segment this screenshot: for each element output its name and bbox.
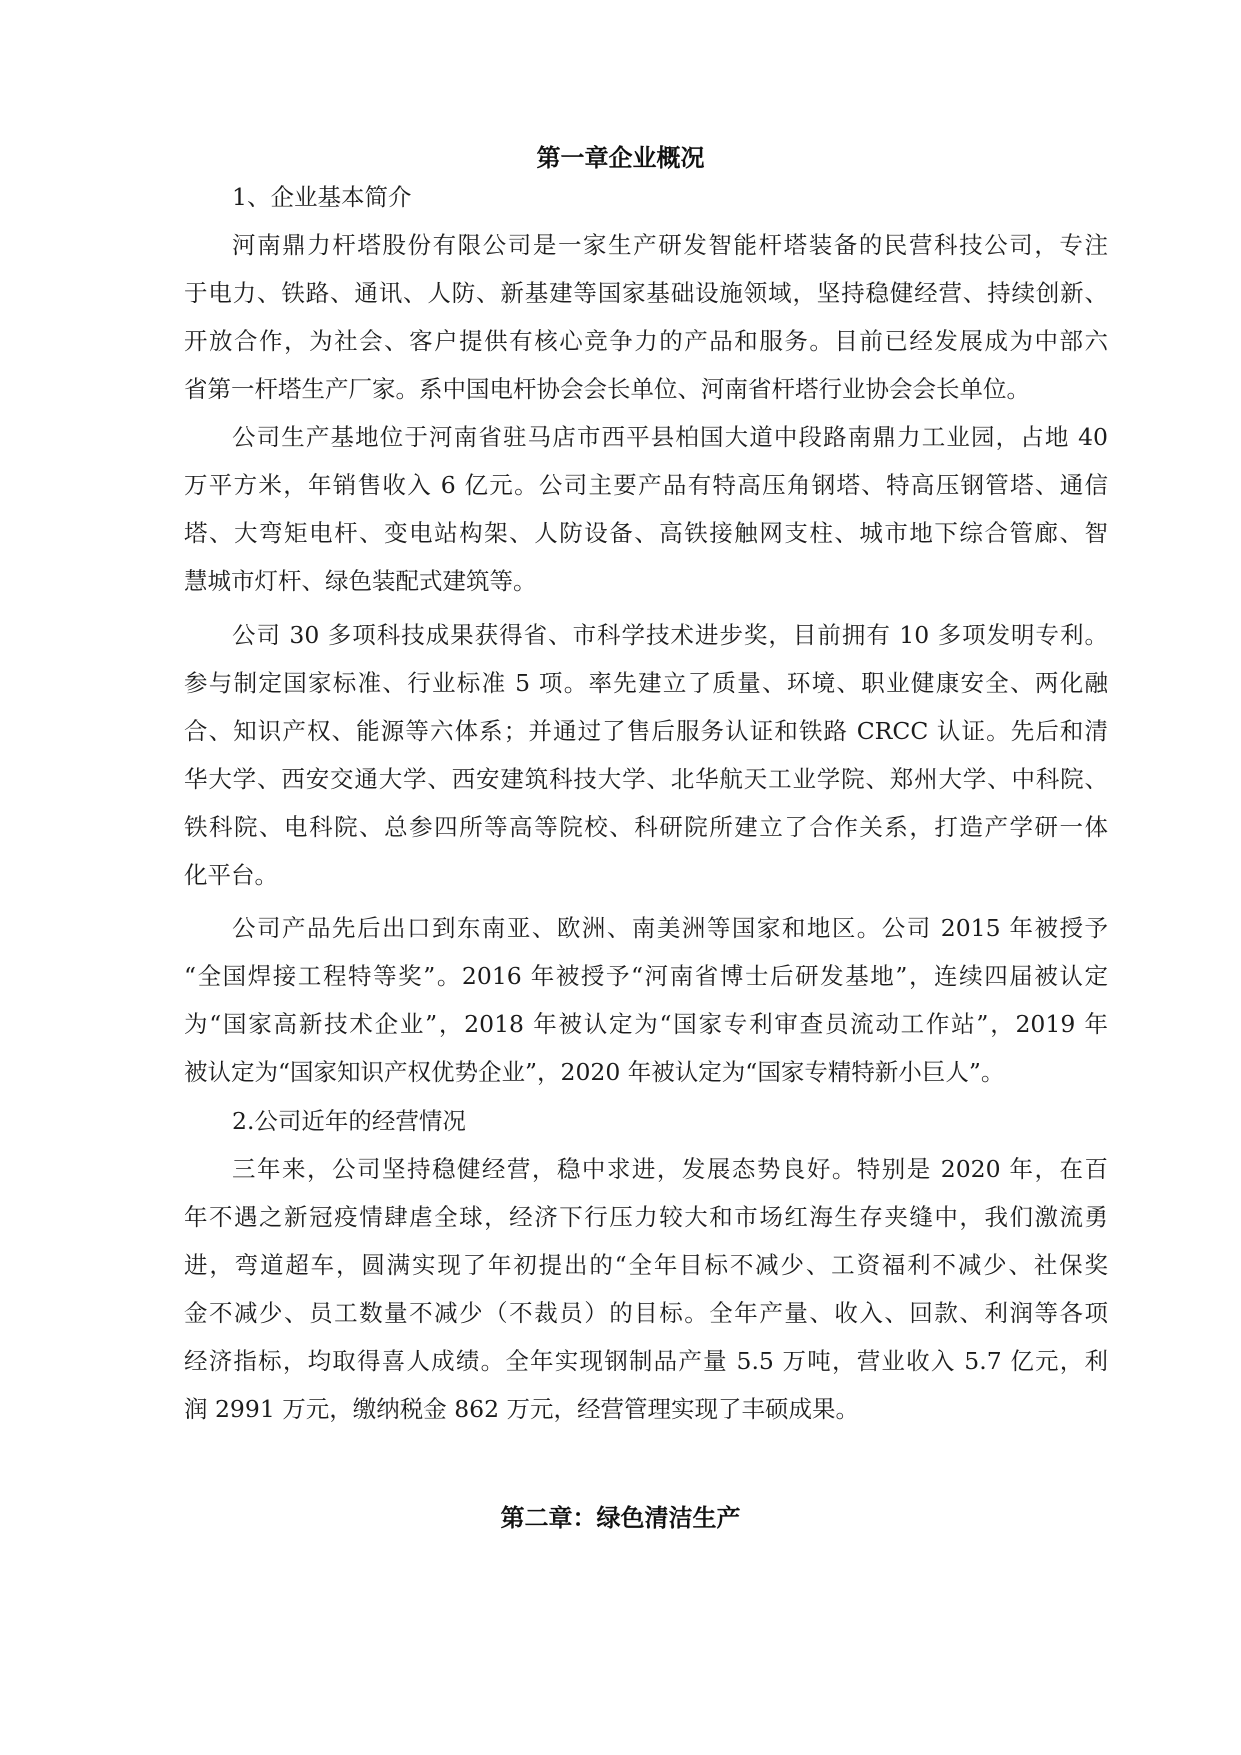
text-line: 公司产品先后出口到东南亚、欧洲、南美洲等国家和地区。公司 2015 年被授予 <box>232 913 1108 943</box>
text-line: 进，弯道超车，圆满实现了年初提出的“全年目标不减少、工资福利不减少、社保奖 <box>184 1250 1108 1280</box>
text-line: 经济指标，均取得喜人成绩。全年实现钢制品产量 5.5 万吨，营业收入 5.7 亿… <box>184 1346 1108 1376</box>
text-line: 华大学、西安交通大学、西安建筑科技大学、北华航天工业学院、郑州大学、中科院、 <box>184 764 1108 794</box>
text-line: 于电力、铁路、通讯、人防、新基建等国家基础设施领域，坚持稳健经营、持续创新、 <box>184 278 1108 308</box>
text-line: “全国焊接工程特等奖”。2016 年被授予“河南省博士后研发基地”，连续四届被认… <box>184 961 1108 991</box>
text-line: 合、知识产权、能源等六体系；并通过了售后服务认证和铁路 CRCC 认证。先后和清 <box>184 716 1108 746</box>
text-line: 开放合作，为社会、客户提供有核心竞争力的产品和服务。目前已经发展成为中部六 <box>184 326 1108 356</box>
text-line: 铁科院、电科院、总参四所等高等院校、科研院所建立了合作关系，打造产学研一体 <box>184 812 1108 842</box>
text-line: 为“国家高新技术企业”，2018 年被认定为“国家专利审查员流动工作站”，201… <box>184 1009 1108 1039</box>
text-line: 塔、大弯矩电杆、变电站构架、人防设备、高铁接触网支柱、城市地下综合管廊、智 <box>184 518 1108 548</box>
text-line: 被认定为“国家知识产权优势企业”，2020 年被认定为“国家专精特新小巨人”。 <box>184 1057 1108 1087</box>
text-line: 金不减少、员工数量不减少（不裁员）的目标。全年产量、收入、回款、利润等各项 <box>184 1298 1108 1328</box>
text-line: 公司 30 多项科技成果获得省、市科学技术进步奖，目前拥有 10 多项发明专利。 <box>232 620 1108 650</box>
text-line: 河南鼎力杆塔股份有限公司是一家生产研发智能杆塔装备的民营科技公司，专注 <box>232 230 1108 260</box>
text-line: 化平台。 <box>184 860 1108 890</box>
chapter-1-title: 第一章企业概况 <box>0 138 1241 173</box>
text-line: 省第一杆塔生产厂家。系中国电杆协会会长单位、河南省杆塔行业协会会长单位。 <box>184 374 1108 404</box>
section-2-heading: 2.公司近年的经营情况 <box>232 1106 466 1136</box>
text-line: 公司生产基地位于河南省驻马店市西平县柏国大道中段路南鼎力工业园，占地 40 <box>232 422 1108 452</box>
document-page: 第一章企业概况 1、企业基本简介 河南鼎力杆塔股份有限公司是一家生产研发智能杆塔… <box>0 0 1241 1755</box>
text-line: 年不遇之新冠疫情肆虐全球，经济下行压力较大和市场红海生存夹缝中，我们激流勇 <box>184 1202 1108 1232</box>
section-1-heading: 1、企业基本简介 <box>232 182 411 212</box>
text-line: 润 2991 万元，缴纳税金 862 万元，经营管理实现了丰硕成果。 <box>184 1394 1108 1424</box>
text-line: 万平方米，年销售收入 6 亿元。公司主要产品有特高压角钢塔、特高压钢管塔、通信 <box>184 470 1108 500</box>
text-line: 三年来，公司坚持稳健经营，稳中求进，发展态势良好。特别是 2020 年，在百 <box>232 1154 1108 1184</box>
chapter-2-title: 第二章：绿色清洁生产 <box>0 1498 1241 1533</box>
text-line: 参与制定国家标准、行业标准 5 项。率先建立了质量、环境、职业健康安全、两化融 <box>184 668 1108 698</box>
text-line: 慧城市灯杆、绿色装配式建筑等。 <box>184 566 1108 596</box>
